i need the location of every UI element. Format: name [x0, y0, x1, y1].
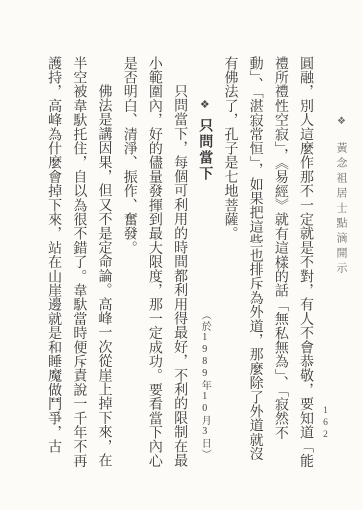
flower-ornament-icon: ❖ [336, 116, 347, 127]
book-page: ❖ 黃念祖居士點滴開示 162 圓融，別人這麼作那不一定就是不對，有人不會恭敬，… [0, 0, 363, 510]
section-date: （於1989年10月3日） [199, 310, 210, 460]
section-ornament-icon: ❖ [198, 98, 210, 111]
section-heading: ❖只問當下（於1989年10月3日） [192, 56, 217, 468]
page-number: 162 [320, 406, 330, 442]
running-header-text: 黃念祖居士點滴開示 [335, 142, 347, 277]
body-paragraph: 只問當下，每個可利用的時間都利用得最好，不利的限制在最小範圍內，好的儘量發揮到最… [117, 56, 193, 468]
body-paragraph: 佛法是講因果，但又不是定命論。高峰一次從崖上掉下來，在半空被韋馱托住，自以為很不… [41, 56, 117, 468]
continuation-paragraph: 圓融，別人這麼作那不一定就是不對，有人不會恭敬，要知道「能禮所禮性空寂」，《易經… [217, 56, 318, 468]
section-title: 只問當下 [197, 118, 212, 182]
running-header: ❖ 黃念祖居士點滴開示 [335, 116, 346, 277]
page-content: 圓融，別人這麼作那不一定就是不對，有人不會恭敬，要知道「能禮所禮性空寂」，《易經… [40, 56, 318, 468]
